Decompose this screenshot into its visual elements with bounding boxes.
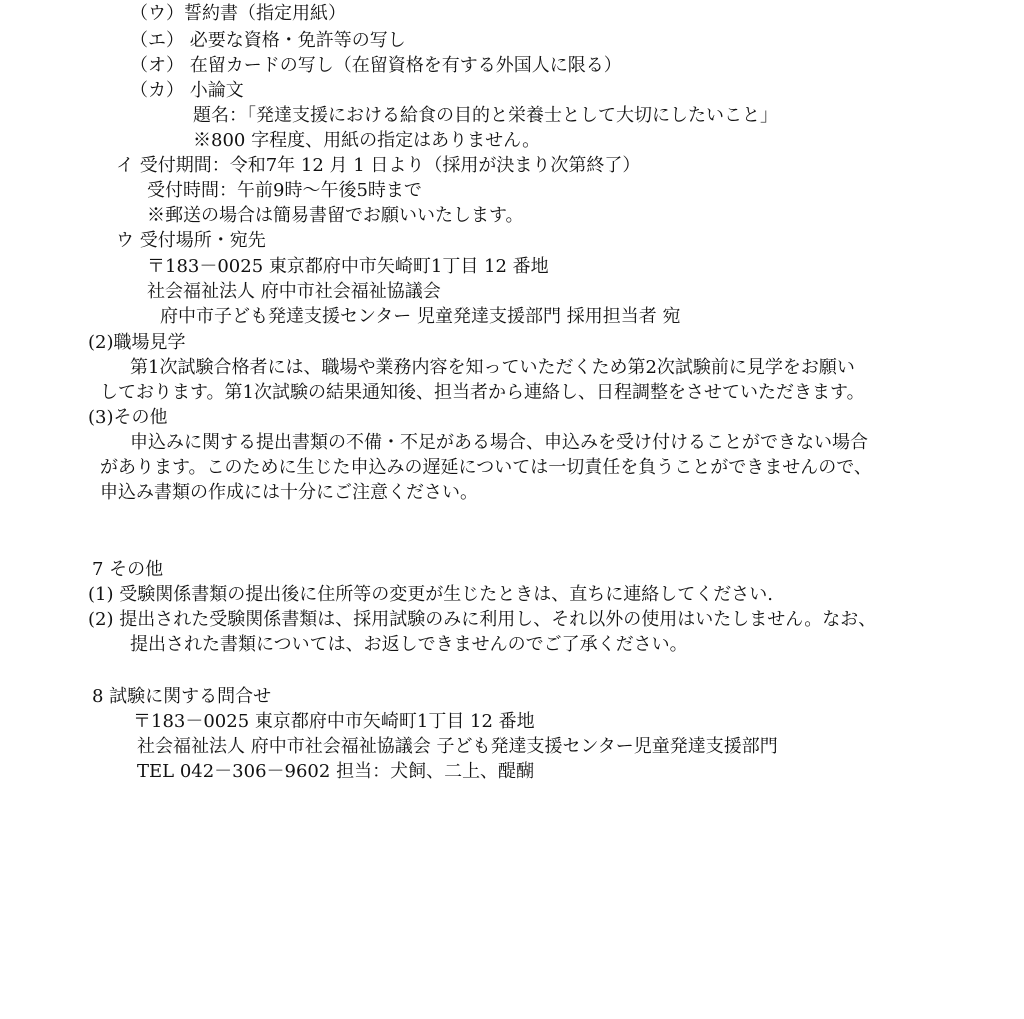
- section8-heading: 8 試験に関する問合せ: [92, 685, 271, 709]
- section7-item2-line2: 提出された書類については、お返しできませんのでご了承ください。: [130, 633, 688, 657]
- destination-address: 〒183－0025 東京都府中市矢崎町1丁目 12 番地: [147, 255, 549, 279]
- destination-heading: ウ 受付場所・宛先: [116, 229, 266, 253]
- required-item-oath: （ウ）誓約書（指定用紙）: [130, 2, 346, 26]
- required-item-residence-card: （オ） 在留カードの写し（在留資格を有する外国人に限る）: [130, 54, 622, 78]
- workplace-visit-text-line2: しております。第1次試験の結果通知後、担当者から連絡し、日程調整をさせていただき…: [100, 381, 865, 405]
- section8-contact: TEL 042－306－9602 担当：犬飼、二上、醍醐: [137, 760, 534, 784]
- reception-period: イ 受付期間：令和7年 12 月 1 日より（採用が決まり次第終了）: [116, 154, 640, 178]
- subsection-workplace-visit-heading: (2)職場見学: [88, 331, 186, 355]
- other-text-line3: 申込み書類の作成には十分にご注意ください。: [100, 481, 478, 505]
- destination-organization: 社会福祉法人 府中市社会福祉協議会: [147, 280, 441, 304]
- workplace-visit-text-line1: 第1次試験合格者には、職場や業務内容を知っていただくため第2次試験前に見学をお願…: [130, 356, 855, 380]
- section7-item1: (1) 受験関係書類の提出後に住所等の変更が生じたときは、直ちに連絡してください…: [88, 583, 773, 607]
- required-item-essay: （カ） 小論文: [130, 79, 244, 103]
- reception-hours: 受付時間：午前9時～午後5時まで: [147, 179, 422, 203]
- section8-organization: 社会福祉法人 府中市社会福祉協議会 子ども発達支援センター児童発達支援部門: [137, 735, 778, 759]
- mail-note: ※郵送の場合は簡易書留でお願いいたします。: [147, 204, 524, 228]
- required-item-license: （エ） 必要な資格・免許等の写し: [130, 29, 406, 53]
- essay-title: 題名：「発達支援における給食の目的と栄養士として大切にしたいこと」: [193, 104, 778, 128]
- subsection-other-heading: (3)その他: [88, 406, 168, 430]
- section7-item2-line1: (2) 提出された受験関係書類は、採用試験のみに利用し、それ以外の使用はいたしま…: [88, 608, 876, 632]
- section8-address: 〒183－0025 東京都府中市矢崎町1丁目 12 番地: [133, 710, 535, 734]
- destination-department: 府中市子ども発達支援センター 児童発達支援部門 採用担当者 宛: [160, 305, 680, 329]
- section7-heading: 7 その他: [92, 558, 163, 582]
- essay-note: ※800 字程度、用紙の指定はありません。: [193, 129, 540, 153]
- other-text-line2: があります。このために生じた申込みの遅延については一切責任を負うことができません…: [100, 456, 872, 480]
- other-text-line1: 申込みに関する提出書類の不備・不足がある場合、申込みを受け付けることができない場…: [130, 431, 868, 455]
